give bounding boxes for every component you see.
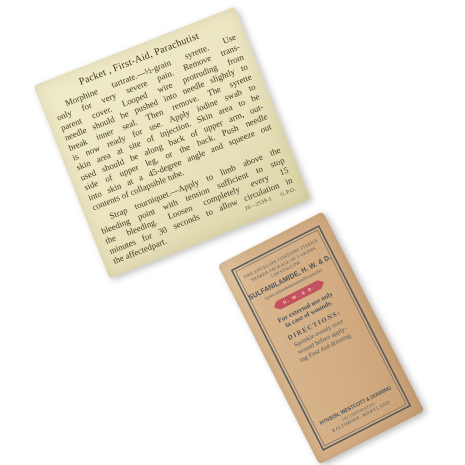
photo-scene: Packet , First-Aid, Parachutist Morphine…: [0, 0, 465, 465]
sulfanilamide-envelope: THIS ENVELOPE CONTAINS STERILE SHAKER PA…: [218, 211, 425, 464]
envelope-outer-border: THIS ENVELOPE CONTAINS STERILE SHAKER PA…: [231, 225, 411, 451]
envelope-printed-area: THIS ENVELOPE CONTAINS STERILE SHAKER PA…: [218, 211, 425, 464]
envelope-inner-border: THIS ENVELOPE CONTAINS STERILE SHAKER PA…: [236, 230, 407, 446]
